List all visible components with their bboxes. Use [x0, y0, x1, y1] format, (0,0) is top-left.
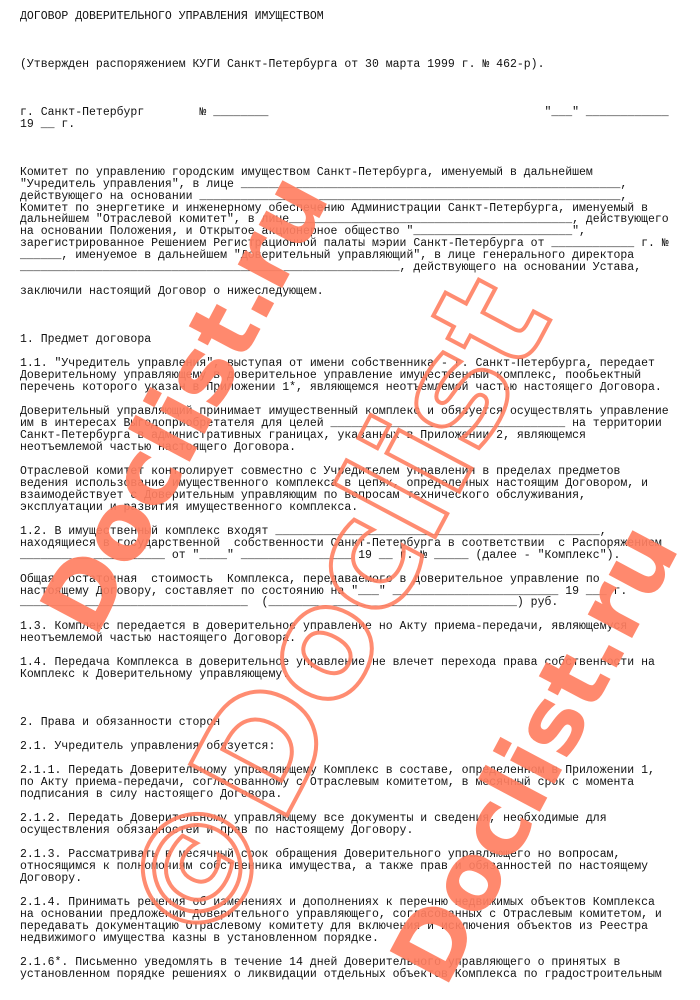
document-line: 19 __ г. [20, 119, 700, 131]
document-line: 2.1.3. Рассматривать в месячный срок обр… [20, 849, 700, 861]
document-line: недвижимого имущества казны в установлен… [20, 933, 700, 945]
document-line: перечень которого указан в Приложении 1*… [20, 382, 700, 394]
document-line: эксплуатации и развития имущественного к… [20, 502, 700, 514]
document-line: осуществления обязанностей и прав по нас… [20, 825, 700, 837]
document-line: г. Санкт-Петербург № ________ "___" ____… [20, 107, 700, 119]
document-line [20, 83, 700, 95]
document-line [20, 562, 700, 574]
document-line: передавать документацию Отраслевому коми… [20, 921, 700, 933]
document-body: ДОГОВОР ДОВЕРИТЕЛЬНОГО УПРАВЛЕНИЯ ИМУЩЕС… [20, 11, 700, 980]
document-line: (Утвержден распоряжением КУГИ Санкт-Пете… [20, 59, 700, 71]
document-line: на основании предложений Доверительного … [20, 909, 700, 921]
document-line: ________________________________________… [20, 262, 700, 274]
document-line: 2.1.4. Принимать решения об изменениях и… [20, 897, 700, 909]
document-line: ведения использование имущественного ком… [20, 478, 700, 490]
document-line: находящиеся в государственной собственно… [20, 538, 700, 550]
document-line: ДОГОВОР ДОВЕРИТЕЛЬНОГО УПРАВЛЕНИЯ ИМУЩЕС… [20, 11, 700, 23]
document-line: подписания в силу настоящего Договора. [20, 789, 700, 801]
document-line: действующего на основании ______________… [20, 191, 700, 203]
document-line: неотъемлемой частью настоящего Договора. [20, 442, 700, 454]
document-line: Комитет по управлению городским имуществ… [20, 167, 700, 179]
document-line [20, 693, 700, 705]
document-line: установленном порядке решениях о ликвида… [20, 969, 700, 981]
document-line [20, 310, 700, 322]
document-line [20, 155, 700, 167]
document-line: неотъемлемой частью настоящего Договора. [20, 633, 700, 645]
document-line [20, 71, 700, 83]
document-line [20, 514, 700, 526]
document-line [20, 143, 700, 155]
document-line: "Учредитель управления", в лице ________… [20, 179, 700, 191]
document-line: относящимся к полномочиям собственника и… [20, 861, 700, 873]
document-line: 1.2. В имущественный комплекс входят ___… [20, 526, 700, 538]
document-line [20, 23, 700, 35]
document-line: Договору. [20, 873, 700, 885]
document-line: 2.1.6*. Письменно уведомлять в течение 1… [20, 957, 700, 969]
document-line: заключили настоящий Договор о нижеследую… [20, 286, 700, 298]
document-line: 2.1. Учредитель управления обязуется: [20, 741, 700, 753]
document-line: _____________________ от "____" ________… [20, 550, 700, 562]
document-line: Общая остаточная стоимость Комплекса, пе… [20, 574, 700, 586]
document-line: Отраслевой комитет контролирует совместн… [20, 466, 700, 478]
document-line [20, 131, 700, 143]
document-line [20, 945, 700, 957]
document-line [20, 885, 700, 897]
document-line: Комплекс к Доверительному управляющему. [20, 669, 700, 681]
document-line: _________________________________ (_____… [20, 597, 700, 609]
document-line: 1. Предмет договора [20, 334, 700, 346]
document-line [20, 298, 700, 310]
document-line: 2. Права и обязанности сторон [20, 717, 700, 729]
document-line [20, 35, 700, 47]
document-line [20, 95, 700, 107]
document-line: взаимодействует с Доверительным управляю… [20, 490, 700, 502]
document-line [20, 681, 700, 693]
